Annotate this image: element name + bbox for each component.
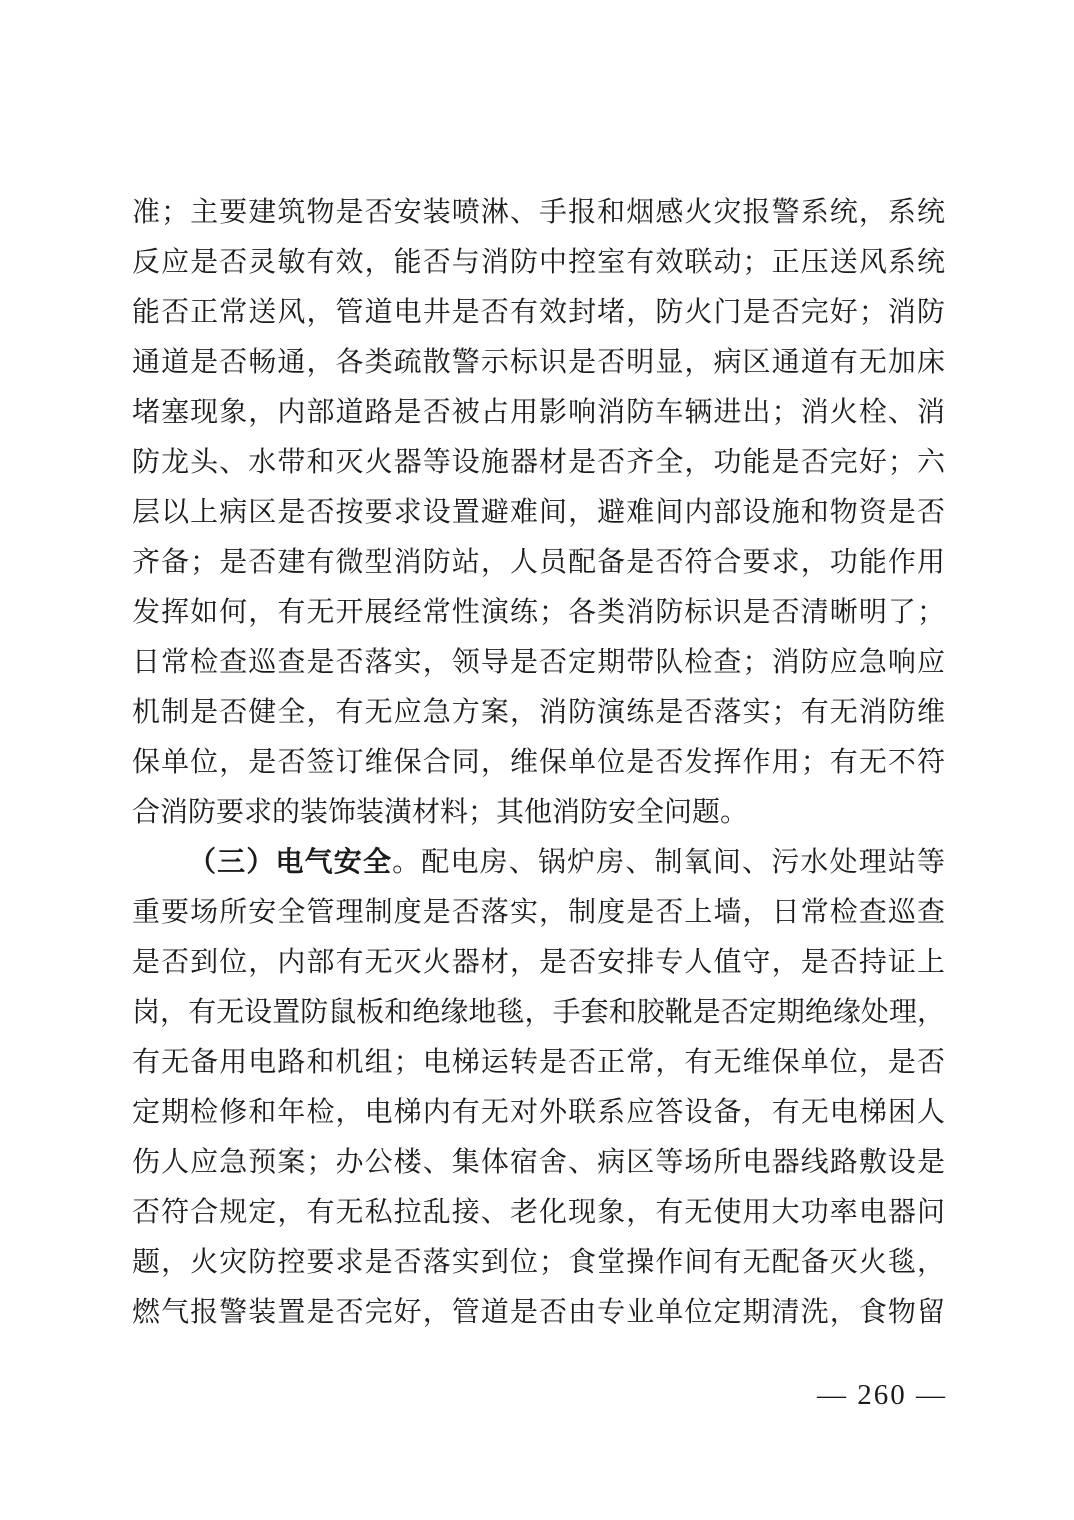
text-line: 防龙头、水带和灭火器等设施器材是否齐全，功能是否完好；六: [132, 438, 945, 488]
body-text: 保单位，是否签订维保合同，维保单位是否发挥作用；有无不符: [132, 747, 945, 778]
body-text: 是否到位，内部有无灭火器材，是否安排专人值守，是否持证上: [132, 947, 945, 978]
page-number: — 260 —: [817, 1378, 947, 1412]
text-line: 否符合规定，有无私拉乱接、老化现象，有无使用大功率电器问: [132, 1188, 945, 1238]
paragraph-electrical-safety: （三）电气安全。配电房、锅炉房、制氧间、污水处理站等重要场所安全管理制度是否落实…: [132, 838, 945, 1338]
text-line: 准；主要建筑物是否安装喷淋、手报和烟感火灾报警系统，系统: [132, 188, 945, 238]
text-line: 反应是否灵敏有效，能否与消防中控室有效联动；正压送风系统: [132, 238, 945, 288]
text-line: 题，火灾防控要求是否落实到位；食堂操作间有无配备灭火毯，: [132, 1238, 945, 1288]
body-text: 能否正常送风，管道电井是否有效封堵，防火门是否完好；消防: [132, 297, 945, 328]
document-page: 准；主要建筑物是否安装喷淋、手报和烟感火灾报警系统，系统反应是否灵敏有效，能否与…: [0, 0, 1074, 1520]
body-text: 发挥如何，有无开展经常性演练；各类消防标识是否清晰明了；: [132, 597, 945, 628]
body-text: 否符合规定，有无私拉乱接、老化现象，有无使用大功率电器问: [132, 1197, 945, 1228]
paragraph-fire-safety-continuation: 准；主要建筑物是否安装喷淋、手报和烟感火灾报警系统，系统反应是否灵敏有效，能否与…: [132, 188, 945, 838]
body-text: 岗，有无设置防鼠板和绝缘地毯，手套和胶靴是否定期绝缘处理，: [132, 997, 945, 1028]
text-line: 岗，有无设置防鼠板和绝缘地毯，手套和胶靴是否定期绝缘处理，: [132, 988, 945, 1038]
body-text: 通道是否畅通，各类疏散警示标识是否明显，病区通道有无加床: [132, 347, 945, 378]
text-line: 堵塞现象，内部道路是否被占用影响消防车辆进出；消火栓、消: [132, 388, 945, 438]
body-text: 燃气报警装置是否完好，管道是否由专业单位定期清洗，食物留: [132, 1297, 945, 1328]
text-line: 齐备；是否建有微型消防站，人员配备是否符合要求，功能作用: [132, 538, 945, 588]
text-line: 保单位，是否签订维保合同，维保单位是否发挥作用；有无不符: [132, 738, 945, 788]
body-text: 定期检修和年检，电梯内有无对外联系应答设备，有无电梯困人: [132, 1097, 945, 1128]
text-line: 伤人应急预案；办公楼、集体宿舍、病区等场所电器线路敷设是: [132, 1138, 945, 1188]
text-line: 层以上病区是否按要求设置避难间，避难间内部设施和物资是否: [132, 488, 945, 538]
body-text: 机制是否健全，有无应急方案，消防演练是否落实；有无消防维: [132, 697, 945, 728]
text-line: 燃气报警装置是否完好，管道是否由专业单位定期清洗，食物留: [132, 1288, 945, 1338]
text-line: 有无备用电路和机组；电梯运转是否正常，有无维保单位，是否: [132, 1038, 945, 1088]
body-text: 伤人应急预案；办公楼、集体宿舍、病区等场所电器线路敷设是: [132, 1147, 945, 1178]
text-line: 日常检查巡查是否落实，领导是否定期带队检查；消防应急响应: [132, 638, 945, 688]
body-text: 堵塞现象，内部道路是否被占用影响消防车辆进出；消火栓、消: [132, 397, 945, 428]
body-text: 合消防要求的装饰装潢材料；其他消防安全问题。: [132, 797, 748, 828]
text-block: 准；主要建筑物是否安装喷淋、手报和烟感火灾报警系统，系统反应是否灵敏有效，能否与…: [132, 188, 945, 1338]
text-line: 是否到位，内部有无灭火器材，是否安排专人值守，是否持证上: [132, 938, 945, 988]
body-text: 层以上病区是否按要求设置避难间，避难间内部设施和物资是否: [132, 497, 945, 528]
body-text: 日常检查巡查是否落实，领导是否定期带队检查；消防应急响应: [132, 647, 945, 678]
body-text: 防龙头、水带和灭火器等设施器材是否齐全，功能是否完好；六: [132, 447, 945, 478]
text-line: 机制是否健全，有无应急方案，消防演练是否落实；有无消防维: [132, 688, 945, 738]
body-text: 有无备用电路和机组；电梯运转是否正常，有无维保单位，是否: [132, 1047, 945, 1078]
text-line: 通道是否畅通，各类疏散警示标识是否明显，病区通道有无加床: [132, 338, 945, 388]
body-text: 。配电房、锅炉房、制氧间、污水处理站等: [392, 847, 945, 878]
text-line: 能否正常送风，管道电井是否有效封堵，防火门是否完好；消防: [132, 288, 945, 338]
bold-heading-text: （三）电气安全: [188, 847, 392, 878]
body-text: 题，火灾防控要求是否落实到位；食堂操作间有无配备灭火毯，: [132, 1247, 945, 1278]
text-line: 发挥如何，有无开展经常性演练；各类消防标识是否清晰明了；: [132, 588, 945, 638]
body-text: 重要场所安全管理制度是否落实，制度是否上墙，日常检查巡查: [132, 897, 945, 928]
text-line: （三）电气安全。配电房、锅炉房、制氧间、污水处理站等: [132, 838, 945, 888]
text-line: 重要场所安全管理制度是否落实，制度是否上墙，日常检查巡查: [132, 888, 945, 938]
body-text: 准；主要建筑物是否安装喷淋、手报和烟感火灾报警系统，系统: [132, 197, 945, 228]
text-line: 合消防要求的装饰装潢材料；其他消防安全问题。: [132, 788, 945, 838]
text-line: 定期检修和年检，电梯内有无对外联系应答设备，有无电梯困人: [132, 1088, 945, 1138]
body-text: 齐备；是否建有微型消防站，人员配备是否符合要求，功能作用: [132, 547, 945, 578]
body-text: 反应是否灵敏有效，能否与消防中控室有效联动；正压送风系统: [132, 247, 945, 278]
